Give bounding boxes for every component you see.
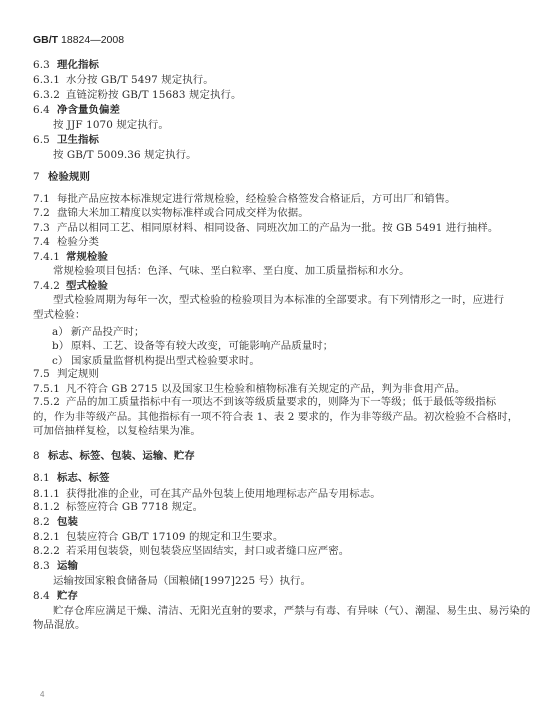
clause-number: 6.3 (33, 59, 57, 72)
doc-clause: 7.1每批产品应按本标准规定进行常规检验，经检验合格签发合格证后，方可出厂和销售… (33, 193, 456, 206)
doc-paragraph: 运输按国家粮食储备局（国粮储[1997]225 号）执行。 (53, 575, 311, 588)
clause-text: 检验规则 (48, 171, 90, 183)
clause-number: 6.4 (33, 104, 57, 117)
standard-prefix: GB/T (33, 34, 58, 46)
clause-text: 运输 (57, 560, 78, 572)
clause-text: 标志、标签、包装、运输、贮存 (48, 450, 195, 462)
clause-text: 净含量负偏差 (57, 104, 120, 116)
clause-number: 7.5.1 (33, 383, 66, 396)
doc-heading: 6.3理化指标 (33, 59, 99, 72)
clause-number: 7.1 (33, 193, 57, 206)
doc-list-item: b）原料、工艺、设备等有较大改变，可能影响产品质量时； (52, 340, 333, 353)
clause-text: 按 GB/T 5009.36 规定执行。 (53, 149, 197, 161)
clause-number: 7.5 (33, 368, 57, 381)
doc-paragraph: 按 GB/T 5009.36 规定执行。 (53, 149, 197, 162)
doc-heading: 7.4检验分类 (33, 236, 99, 249)
doc-heading: 6.4净含量负偏差 (33, 104, 120, 117)
doc-clause: 8.1.2标签应符合 GB 7718 规定。 (33, 501, 203, 514)
doc-heading: 7.4.2型式检验 (33, 280, 108, 293)
clause-number: 8.3 (33, 560, 57, 573)
clause-number: 8.2.2 (33, 545, 66, 558)
page-number: 4 (40, 690, 44, 699)
clause-text: 常规检验项目包括：色泽、气味、垩白粒率、垩白度、加工质量指标和水分。 (53, 265, 410, 277)
clause-text: 卫生指标 (57, 134, 99, 146)
clause-number: 8.4 (33, 590, 57, 603)
clause-number: 8 (33, 450, 48, 463)
clause-number: 7.4.1 (33, 251, 66, 264)
doc-heading: 8.2包装 (33, 516, 78, 529)
doc-heading: 8.4贮存 (33, 590, 78, 603)
clause-text: 包装应符合 GB/T 17109 的规定和卫生要求。 (66, 531, 283, 543)
clause-text: 每批产品应按本标准规定进行常规检验，经检验合格签发合格证后，方可出厂和销售。 (57, 193, 456, 205)
clause-text: 物品混放。 (33, 619, 85, 631)
doc-paragraph: 常规检验项目包括：色泽、气味、垩白粒率、垩白度、加工质量指标和水分。 (53, 265, 410, 278)
doc-list-item: a）新产品投产时； (52, 326, 144, 339)
clause-number: 6.5 (33, 134, 57, 147)
doc-heading: 7.5判定规则 (33, 368, 99, 381)
clause-text: 理化指标 (57, 59, 99, 71)
doc-heading: 8.1标志、标签 (33, 472, 109, 485)
clause-text: 产品的加工质量指标中有一项达不到该等级质量要求的，则降为下一等级；低于最低等级指… (66, 396, 496, 408)
doc-clause: 8.1.1获得批准的企业，可在其产品外包装上使用地理标志产品专用标志。 (33, 488, 381, 501)
clause-text: 产品以相同工艺、相同原材料、相同设备、同班次加工的产品为一批。按 GB 5491… (57, 222, 498, 234)
clause-number: 8.2 (33, 516, 57, 529)
clause-number: c） (52, 355, 71, 368)
standard-number: 18824—2008 (61, 34, 124, 46)
standard-header: GB/T 18824—2008 (33, 34, 124, 46)
clause-number: 6.3.1 (33, 74, 66, 87)
doc-clause: 7.3产品以相同工艺、相同原材料、相同设备、同班次加工的产品为一批。按 GB 5… (33, 222, 498, 235)
doc-clause: 7.2盘锦大米加工精度以实物标准样或合同成交样为依据。 (33, 207, 309, 220)
doc-clause: 6.3.2直链淀粉按 GB/T 15683 规定执行。 (33, 89, 241, 102)
document-page: GB/T 18824—2008 6.3理化指标6.3.1水分按 GB/T 549… (0, 0, 541, 726)
clause-text: 检验分类 (57, 236, 99, 248)
clause-number: 7.5.2 (33, 396, 66, 409)
clause-number: 8.1.1 (33, 488, 66, 501)
clause-number: 7.4.2 (33, 280, 66, 293)
clause-text: 若采用包装袋，则包装袋应坚固结实，封口或者缝口应严密。 (66, 545, 349, 557)
doc-clause: 8.2.2若采用包装袋，则包装袋应坚固结实，封口或者缝口应严密。 (33, 545, 349, 558)
doc-paragraph: 贮存仓库应满足干燥、清洁、无阳光直射的要求，严禁与有毒、有异味（气）、潮湿、易生… (53, 605, 530, 618)
doc-heading: 8.3运输 (33, 560, 78, 573)
clause-text: 标签应符合 GB 7718 规定。 (66, 501, 203, 513)
clause-text: 按 JJF 1070 规定执行。 (53, 119, 169, 131)
clause-number: a） (52, 326, 71, 339)
doc-paragraph: 的，作为非等级产品。其他指标有一项不符合表 1、表 2 要求的，作为非等级产品。… (33, 411, 518, 424)
clause-text: 国家质量监督机构提出型式检验要求时。 (71, 355, 260, 367)
clause-number: 7.2 (33, 207, 57, 220)
doc-chapter: 7检验规则 (33, 171, 90, 184)
clause-text: 可加倍抽样复检，以复检结果为准。 (33, 425, 201, 437)
clause-text: 获得批准的企业，可在其产品外包装上使用地理标志产品专用标志。 (66, 488, 381, 500)
clause-text: 标志、标签 (57, 472, 109, 484)
clause-text: 原料、工艺、设备等有较大改变，可能影响产品质量时； (71, 340, 333, 352)
clause-text: 直链淀粉按 GB/T 15683 规定执行。 (66, 89, 241, 101)
clause-number: 7.4 (33, 236, 57, 249)
doc-chapter: 8标志、标签、包装、运输、贮存 (33, 450, 195, 463)
clause-number: b） (52, 340, 71, 353)
doc-paragraph: 型式检验周期为每年一次，型式检验的检验项目为本标准的全部要求。有下列情形之一时，… (53, 294, 504, 307)
clause-number: 8.1 (33, 472, 57, 485)
doc-paragraph: 型式检验： (33, 309, 85, 322)
clause-text: 贮存仓库应满足干燥、清洁、无阳光直射的要求，严禁与有毒、有异味（气）、潮湿、易生… (53, 605, 530, 617)
clause-text: 包装 (57, 516, 78, 528)
clause-text: 常规检验 (66, 251, 108, 263)
clause-number: 7 (33, 171, 48, 184)
clause-text: 的，作为非等级产品。其他指标有一项不符合表 1、表 2 要求的，作为非等级产品。… (33, 411, 518, 423)
doc-clause: 7.5.2产品的加工质量指标中有一项达不到该等级质量要求的，则降为下一等级；低于… (33, 396, 496, 409)
doc-paragraph: 物品混放。 (33, 619, 85, 632)
doc-list-item: c）国家质量监督机构提出型式检验要求时。 (52, 355, 260, 368)
clause-number: 6.3.2 (33, 89, 66, 102)
clause-text: 盘锦大米加工精度以实物标准样或合同成交样为依据。 (57, 207, 309, 219)
clause-text: 贮存 (57, 590, 78, 602)
clause-number: 7.3 (33, 222, 57, 235)
clause-text: 型式检验 (66, 280, 108, 292)
clause-text: 判定规则 (57, 368, 99, 380)
clause-text: 新产品投产时； (71, 326, 144, 338)
clause-text: 凡不符合 GB 2715 以及国家卫生检验和植物标准有关规定的产品，判为非食用产… (66, 383, 465, 395)
doc-clause: 6.3.1水分按 GB/T 5497 规定执行。 (33, 74, 214, 87)
doc-paragraph: 按 JJF 1070 规定执行。 (53, 119, 169, 132)
doc-clause: 7.5.1凡不符合 GB 2715 以及国家卫生检验和植物标准有关规定的产品，判… (33, 383, 465, 396)
doc-heading: 6.5卫生指标 (33, 134, 99, 147)
clause-text: 型式检验周期为每年一次，型式检验的检验项目为本标准的全部要求。有下列情形之一时，… (53, 294, 504, 306)
clause-number: 8.2.1 (33, 531, 66, 544)
doc-heading: 7.4.1常规检验 (33, 251, 108, 264)
clause-number: 8.1.2 (33, 501, 66, 514)
clause-text: 运输按国家粮食储备局（国粮储[1997]225 号）执行。 (53, 575, 311, 587)
clause-text: 水分按 GB/T 5497 规定执行。 (66, 74, 214, 86)
clause-text: 型式检验： (33, 309, 85, 321)
doc-paragraph: 可加倍抽样复检，以复检结果为准。 (33, 425, 201, 438)
doc-clause: 8.2.1包装应符合 GB/T 17109 的规定和卫生要求。 (33, 531, 283, 544)
